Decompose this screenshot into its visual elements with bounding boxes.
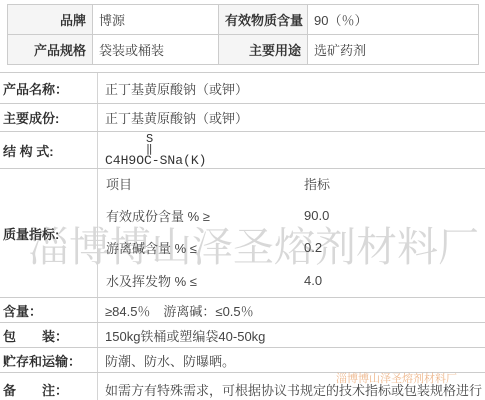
summary-table: 品牌 博源 有效物质含量 90（％） 产品规格 袋装或桶装 主要用途 选矿药剂 bbox=[7, 4, 479, 65]
summary-row-1: 品牌 博源 有效物质含量 90（％） bbox=[8, 5, 479, 35]
qi-item-name: 水及挥发物 % ≤ bbox=[106, 271, 304, 290]
qi-header-value: 指标 bbox=[304, 174, 330, 193]
active-content-value: 90（％） bbox=[308, 5, 479, 35]
formula-sulfur-atom: S bbox=[146, 133, 206, 145]
main-use-label: 主要用途 bbox=[219, 35, 308, 65]
qi-header-item: 项目 bbox=[106, 174, 304, 193]
main-use-value: 选矿药剂 bbox=[308, 35, 479, 65]
quality-index-label: 质量指标: bbox=[0, 169, 98, 297]
brand-label: 品牌 bbox=[8, 5, 93, 35]
storage-transport-label: 贮存和运输： bbox=[0, 348, 98, 372]
storage-transport-value: 防潮、防水、防曝晒。 bbox=[98, 348, 485, 372]
qi-row-free-alkali: 游离碱含量 % ≤ 0.2 bbox=[106, 232, 485, 265]
qi-item-value: 0.2 bbox=[304, 240, 322, 255]
packaging-label: 包 装： bbox=[0, 323, 98, 347]
qi-item-value: 90.0 bbox=[304, 208, 329, 223]
row-product-name: 产品名称： 正丁基黄原酸钠（或钾） bbox=[0, 72, 485, 103]
qi-item-name: 游离碱含量 % ≤ bbox=[106, 238, 304, 257]
row-content: 含量： ≥84.5％ 游离碱：≤0.5％ bbox=[0, 297, 485, 322]
main-ingredient-value: 正丁基黄原酸钠（或钾） bbox=[98, 104, 485, 131]
structural-formula-value: S ‖ C4H9OC-SNa(K) bbox=[98, 132, 485, 168]
detail-table: 产品名称： 正丁基黄原酸钠（或钾） 主要成份: 正丁基黄原酸钠（或钾） 结 构 … bbox=[0, 72, 485, 400]
product-name-value: 正丁基黄原酸钠（或钾） bbox=[98, 73, 485, 103]
row-remarks: 备 注： 如需方有特殊需求，可根据协议书规定的技术指标或包装规格进行 bbox=[0, 372, 485, 400]
row-main-ingredient: 主要成份: 正丁基黄原酸钠（或钾） bbox=[0, 103, 485, 131]
content-value: ≥84.5％ 游离碱：≤0.5％ bbox=[98, 298, 485, 322]
qi-row-active-content: 有效成份含量 % ≥ 90.0 bbox=[106, 199, 485, 232]
chemical-formula: S ‖ C4H9OC-SNa(K) bbox=[105, 133, 206, 167]
qi-row-moisture: 水及挥发物 % ≤ 4.0 bbox=[106, 264, 485, 297]
qi-item-name: 有效成份含量 % ≥ bbox=[106, 206, 304, 225]
row-structural-formula: 结 构 式: S ‖ C4H9OC-SNa(K) bbox=[0, 131, 485, 168]
remarks-label: 备 注： bbox=[0, 373, 98, 400]
row-packaging: 包 装： 150kg铁桶或塑编袋40-50kg bbox=[0, 322, 485, 347]
main-ingredient-label: 主要成份: bbox=[0, 104, 98, 131]
quality-index-table: 项目 指标 有效成份含量 % ≥ 90.0 游离碱含量 % ≤ 0.2 水及挥发… bbox=[98, 169, 485, 297]
summary-row-2: 产品规格 袋装或桶装 主要用途 选矿药剂 bbox=[8, 35, 479, 65]
row-quality-index: 质量指标: 项目 指标 有效成份含量 % ≥ 90.0 游离碱含量 % ≤ 0.… bbox=[0, 168, 485, 297]
structural-formula-label: 结 构 式: bbox=[0, 132, 98, 168]
product-spec-page: 淄博博山泽圣熔剂材料厂 品牌 博源 有效物质含量 90（％） 产品规格 袋装或桶… bbox=[0, 0, 485, 400]
active-content-label: 有效物质含量 bbox=[219, 5, 308, 35]
product-name-label: 产品名称： bbox=[0, 73, 98, 103]
qi-item-value: 4.0 bbox=[304, 273, 322, 288]
spec-value: 袋装或桶装 bbox=[93, 35, 219, 65]
brand-value: 博源 bbox=[93, 5, 219, 35]
qi-header-row: 项目 指标 bbox=[106, 169, 485, 199]
spec-label: 产品规格 bbox=[8, 35, 93, 65]
row-storage-transport: 贮存和运输： 防潮、防水、防曝晒。 bbox=[0, 347, 485, 372]
packaging-value: 150kg铁桶或塑编袋40-50kg bbox=[98, 323, 485, 347]
content-label: 含量： bbox=[0, 298, 98, 322]
formula-main-chain: C4H9OC-SNa(K) bbox=[105, 155, 206, 167]
remarks-value: 如需方有特殊需求，可根据协议书规定的技术指标或包装规格进行 bbox=[98, 373, 485, 400]
